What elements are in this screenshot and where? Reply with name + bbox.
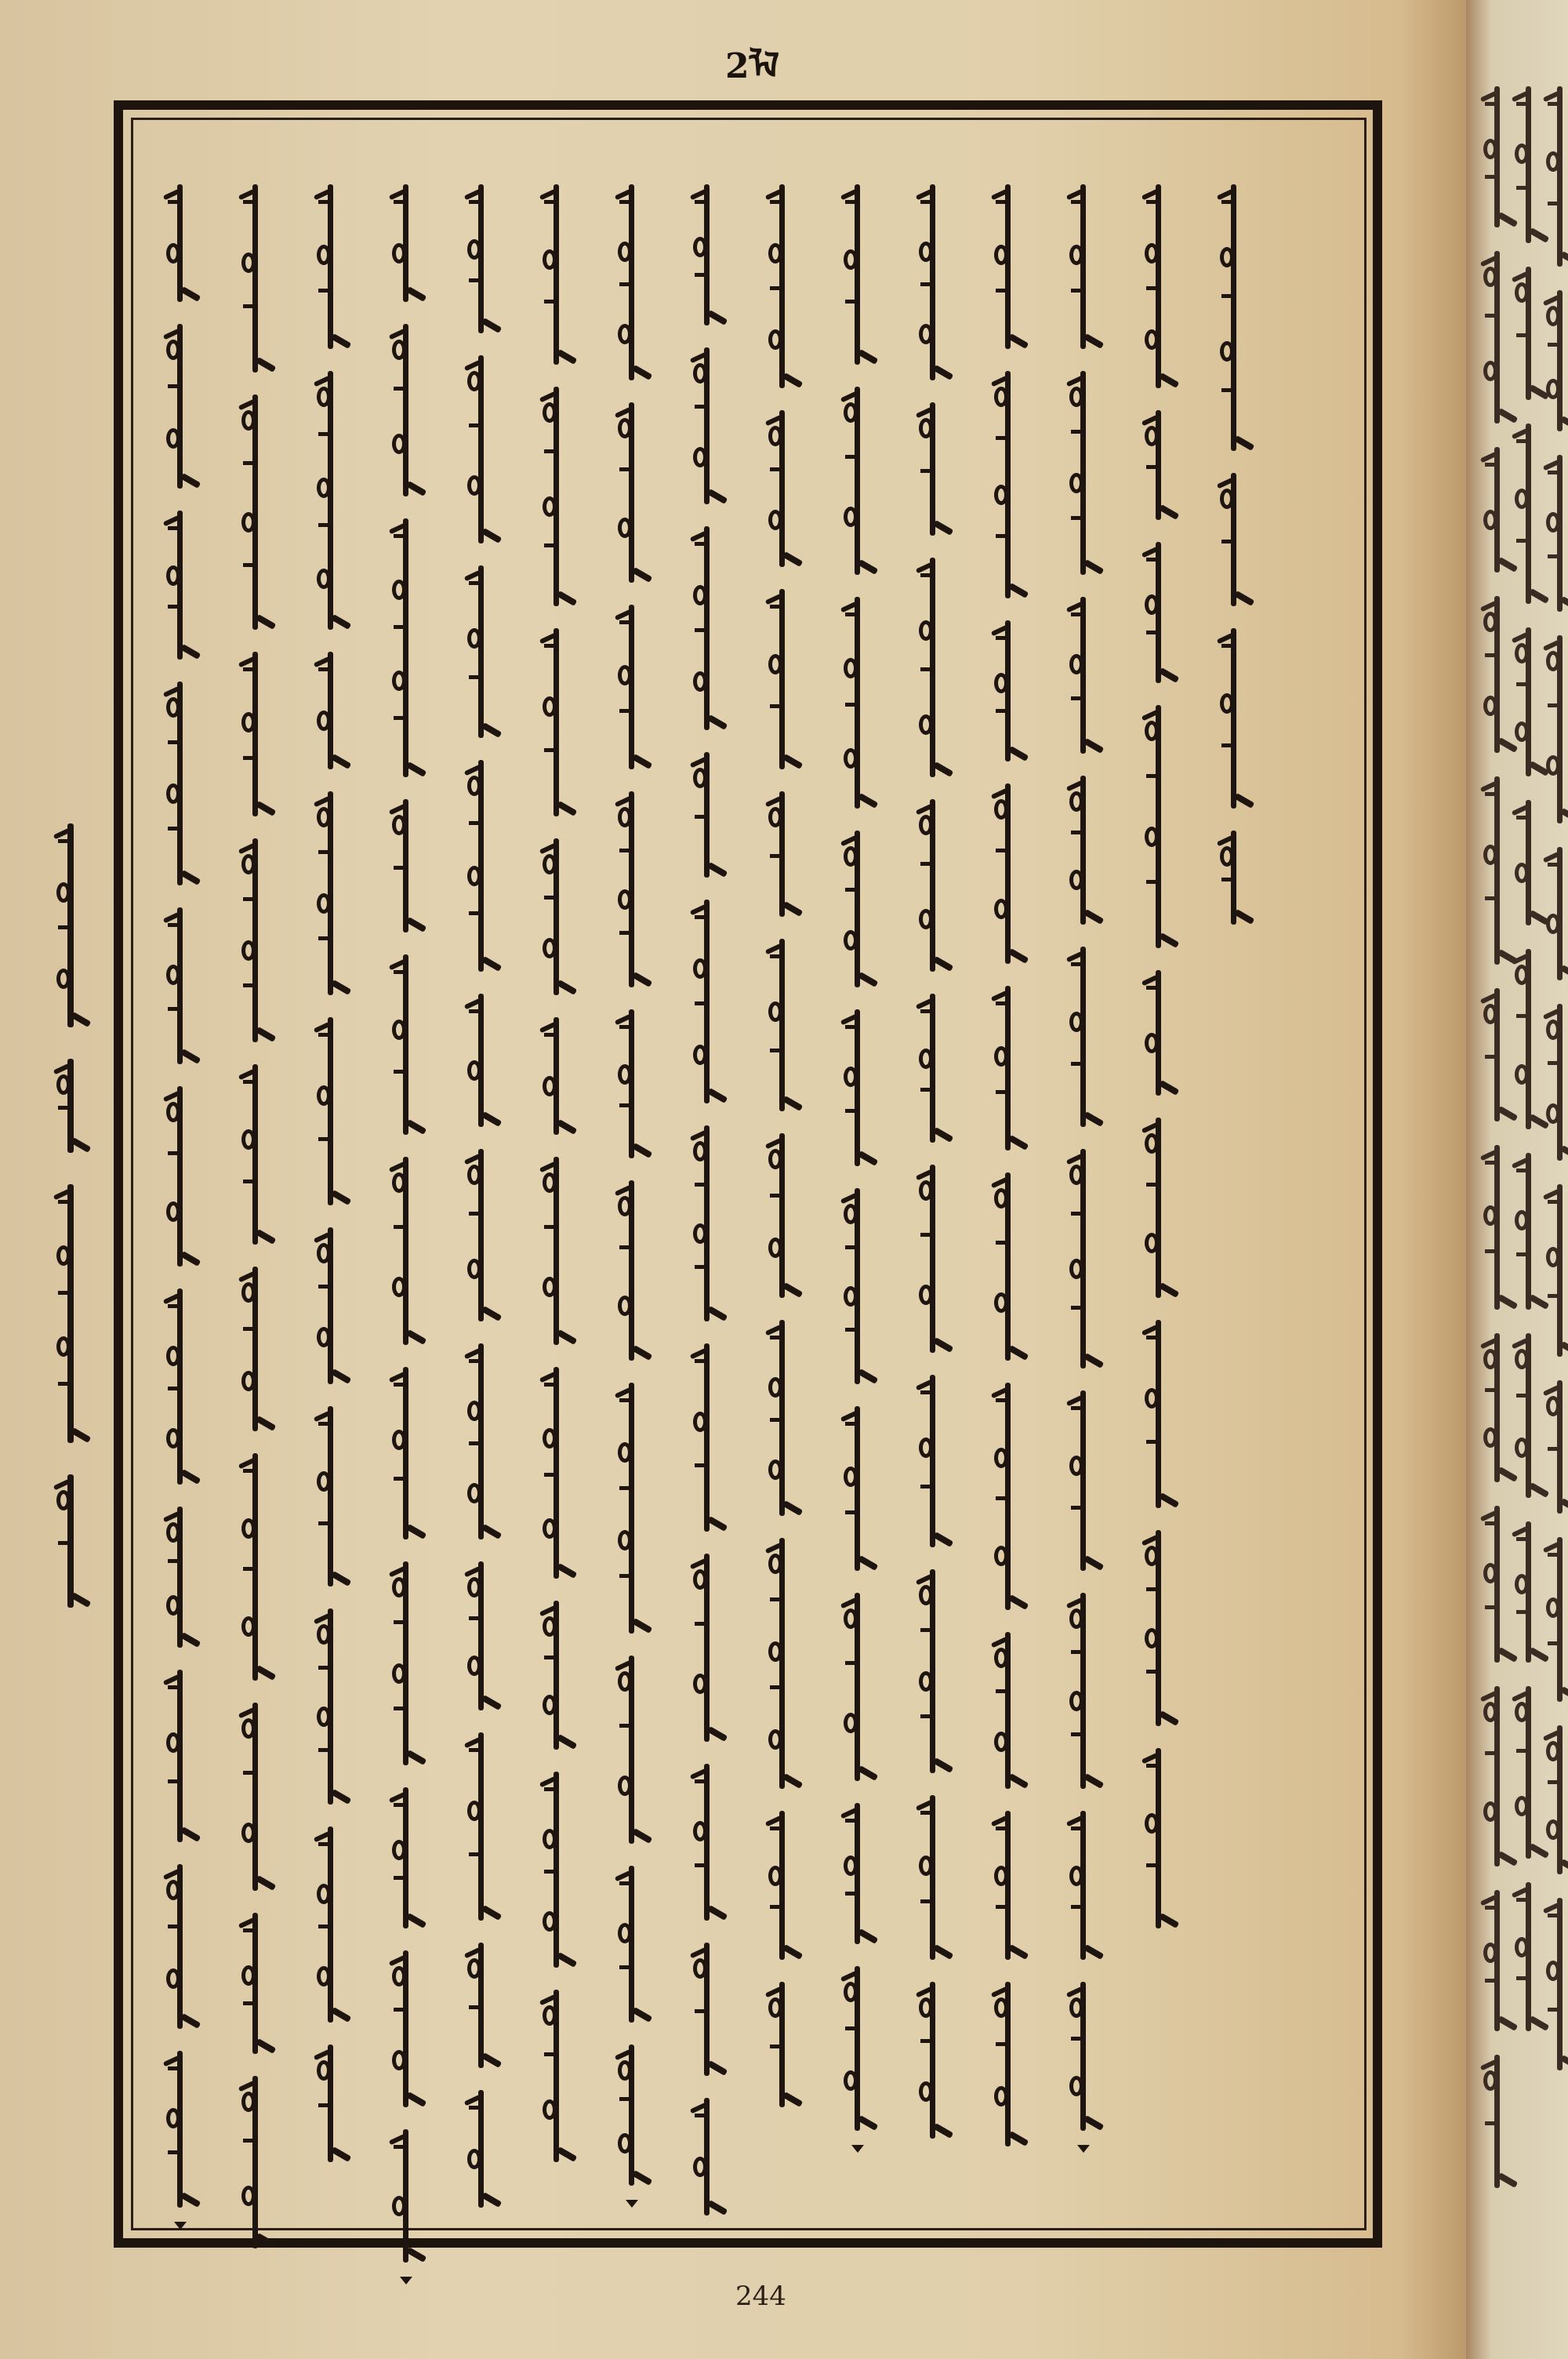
letter-loop-glyph [693, 447, 707, 467]
letter-loop-glyph [1546, 914, 1560, 934]
mongolian-word [1526, 949, 1531, 1129]
mongolian-word [1005, 184, 1011, 349]
letter-loop-glyph [693, 237, 707, 257]
mongolian-word [930, 1375, 935, 1547]
letter-loop-glyph [317, 245, 331, 265]
letter-tooth-glyph [394, 970, 405, 974]
mongolian-word [478, 565, 484, 738]
mongolian-word [1005, 371, 1011, 598]
letter-loop-glyph [768, 1001, 782, 1022]
letter-tooth-glyph [1146, 1863, 1157, 1867]
letter-loop-glyph [166, 1880, 180, 1900]
mongolian-word [328, 652, 333, 769]
letter-tooth-glyph [469, 2005, 480, 2009]
letter-tooth-glyph [469, 1852, 480, 1856]
letter-loop-glyph [693, 1223, 707, 1244]
letter-loop-glyph [1069, 1165, 1083, 1185]
letter-loop-glyph [392, 1020, 406, 1040]
mongolian-word [1156, 970, 1161, 1096]
letter-loop-glyph [1069, 2076, 1083, 2096]
letter-tooth-glyph [318, 523, 329, 527]
mongolian-word [403, 184, 408, 302]
letter-loop-glyph [1546, 1741, 1560, 1761]
letter-tooth-glyph [996, 1241, 1007, 1245]
letter-loop-glyph [1483, 1943, 1497, 1963]
mongolian-word [779, 589, 785, 769]
letter-tooth-glyph [770, 704, 781, 708]
letter-tooth-glyph [619, 849, 630, 852]
letter-tooth-glyph [619, 1486, 630, 1490]
letter-tooth-glyph [845, 1245, 856, 1249]
letter-loop-glyph [1069, 791, 1083, 812]
letter-tooth-glyph [168, 1304, 179, 1308]
letter-tooth-glyph [168, 740, 179, 744]
letter-tooth-glyph [243, 1771, 254, 1775]
letter-loop-glyph [166, 1522, 180, 1543]
letter-loop-glyph [392, 2196, 406, 2216]
letter-loop-glyph [844, 507, 858, 527]
letter-tooth-glyph [168, 923, 179, 927]
letter-loop-glyph [317, 387, 331, 407]
letter-loop-glyph [1145, 1546, 1159, 1566]
letter-tooth-glyph [1071, 962, 1082, 966]
mongolian-word [403, 1561, 408, 1765]
letter-loop-glyph [317, 807, 331, 827]
letter-loop-glyph [994, 2086, 1008, 2106]
letter-tooth-glyph [619, 1881, 630, 1885]
mongolian-word [1080, 371, 1086, 575]
letter-tooth-glyph [1516, 1610, 1527, 1614]
mongolian-word [403, 518, 408, 777]
letter-loop-glyph [844, 1067, 858, 1087]
letter-tooth-glyph [544, 449, 555, 453]
letter-tooth-glyph [845, 2026, 856, 2030]
letter-loop-glyph [1069, 473, 1083, 493]
letter-tooth-glyph [1146, 1183, 1157, 1187]
letter-tooth-glyph [996, 1496, 1007, 1500]
letter-loop-glyph [543, 496, 557, 517]
letter-loop-glyph [543, 1616, 557, 1637]
letter-tooth-glyph [1548, 1294, 1559, 1298]
letter-tooth-glyph [394, 1620, 405, 1624]
letter-loop-glyph [994, 1648, 1008, 1668]
letter-tooth-glyph [996, 636, 1007, 640]
letter-tooth-glyph [920, 1390, 931, 1394]
letter-loop-glyph [768, 807, 782, 827]
mongolian-word [328, 1227, 333, 1384]
letter-tooth-glyph [996, 534, 1007, 538]
letter-tooth-glyph [619, 931, 630, 935]
letter-loop-glyph [994, 1866, 1008, 1886]
letter-tooth-glyph [1485, 2121, 1496, 2125]
letter-loop-glyph [241, 1616, 256, 1637]
mongolian-word [1005, 986, 1011, 1150]
mongolian-word [855, 1803, 860, 1944]
letter-tooth-glyph [845, 1109, 856, 1113]
mongolian-word [779, 1811, 785, 1960]
mongolian-word [704, 752, 710, 878]
letter-tooth-glyph [1146, 631, 1157, 634]
letter-tooth-glyph [619, 200, 630, 204]
letter-tooth-glyph [1516, 439, 1527, 443]
letter-loop-glyph [543, 854, 557, 874]
letter-loop-glyph [56, 1490, 71, 1510]
letter-tooth-glyph [243, 461, 254, 465]
letter-loop-glyph [467, 776, 481, 796]
letter-loop-glyph [618, 1776, 632, 1796]
mongolian-word [1557, 1380, 1563, 1514]
mongolian-word [67, 1059, 74, 1153]
letter-loop-glyph [1145, 1388, 1159, 1408]
letter-loop-glyph [768, 1149, 782, 1169]
mongolian-word [1231, 473, 1236, 606]
letter-loop-glyph [166, 1102, 180, 1122]
mongolian-word [779, 791, 785, 917]
letter-loop-glyph [844, 846, 858, 867]
letter-tooth-glyph [845, 1510, 856, 1514]
letter-tooth-glyph [695, 1001, 706, 1005]
letter-loop-glyph [919, 242, 933, 262]
mongolian-word [779, 939, 785, 1111]
letter-loop-glyph [392, 434, 406, 454]
letter-loop-glyph [618, 1196, 632, 1216]
mongolian-word [1494, 1890, 1500, 2031]
letter-tooth-glyph [1516, 102, 1527, 106]
letter-loop-glyph [693, 1412, 707, 1432]
letter-tooth-glyph [58, 1200, 69, 1204]
letter-loop-glyph [618, 324, 632, 344]
letter-tooth-glyph [695, 1359, 706, 1363]
letter-loop-glyph [543, 1076, 557, 1096]
letter-tooth-glyph [1516, 1898, 1527, 1902]
mongolian-word [779, 1982, 785, 2107]
mongolian-word [478, 1149, 484, 1321]
letter-loop-glyph [618, 242, 632, 262]
letter-tooth-glyph [1146, 1440, 1157, 1444]
letter-tooth-glyph [1516, 1252, 1527, 1256]
letter-loop-glyph [317, 1966, 331, 1986]
mongolian-word [478, 1561, 484, 1710]
letter-tooth-glyph [695, 2114, 706, 2117]
letter-loop-glyph [1069, 387, 1083, 407]
letter-loop-glyph [392, 1577, 406, 1598]
letter-tooth-glyph [58, 925, 69, 929]
letter-loop-glyph [543, 402, 557, 423]
letter-loop-glyph [1483, 510, 1497, 530]
letter-tooth-glyph [469, 1359, 480, 1363]
letter-tooth-glyph [1146, 286, 1157, 290]
mongolian-word [478, 1943, 484, 2068]
letter-loop-glyph [768, 1377, 782, 1398]
letter-tooth-glyph [469, 821, 480, 825]
letter-tooth-glyph [243, 1327, 254, 1331]
letter-tooth-glyph [1146, 986, 1157, 990]
letter-tooth-glyph [1516, 1749, 1527, 1753]
letter-loop-glyph [1145, 329, 1159, 350]
letter-loop-glyph [693, 585, 707, 605]
mongolian-word [328, 1406, 333, 1587]
letter-loop-glyph [1515, 1574, 1529, 1594]
letter-tooth-glyph [845, 888, 856, 892]
mongolian-word [252, 652, 258, 816]
letter-loop-glyph [467, 239, 481, 260]
letter-loop-glyph [844, 1856, 858, 1876]
letter-tooth-glyph [168, 827, 179, 831]
letter-loop-glyph [994, 387, 1008, 407]
mongolian-word [1494, 596, 1500, 753]
letter-tooth-glyph [770, 200, 781, 204]
letter-loop-glyph [994, 485, 1008, 505]
letter-loop-glyph [317, 1624, 331, 1645]
letter-tooth-glyph [469, 278, 480, 282]
letter-tooth-glyph [58, 1382, 69, 1386]
letter-loop-glyph [1069, 1691, 1083, 1711]
letter-loop-glyph [994, 1188, 1008, 1209]
mongolian-word [478, 2090, 484, 2208]
letter-tooth-glyph [1548, 102, 1559, 106]
mongolian-word [704, 1764, 710, 1921]
mongolian-word [1494, 1333, 1500, 1482]
letter-tooth-glyph [243, 1928, 254, 1932]
letter-loop-glyph [1145, 1033, 1159, 1053]
letter-tooth-glyph [1485, 1388, 1496, 1392]
letter-tooth-glyph [1071, 1406, 1082, 1410]
letter-tooth-glyph [845, 1328, 856, 1332]
letter-tooth-glyph [243, 2001, 254, 2005]
letter-tooth-glyph [1485, 175, 1496, 179]
mongolian-word [1526, 1153, 1531, 1310]
letter-loop-glyph [919, 2081, 933, 2102]
mongolian-word [1526, 1521, 1531, 1663]
letter-tooth-glyph [1516, 186, 1527, 190]
letter-loop-glyph [919, 1438, 933, 1458]
letter-loop-glyph [1515, 1210, 1529, 1230]
letter-loop-glyph [919, 1856, 933, 1876]
mongolian-word [1494, 86, 1500, 227]
letter-loop-glyph [1483, 1801, 1497, 1822]
book-page: 2ᠯᠯ 244 [0, 0, 1474, 2359]
letter-tooth-glyph [920, 667, 931, 671]
mongolian-word [1526, 86, 1531, 243]
letter-loop-glyph [392, 1840, 406, 1860]
mongolian-word [1557, 86, 1563, 267]
letter-loop-glyph [317, 1243, 331, 1263]
letter-tooth-glyph [695, 628, 706, 632]
letter-tooth-glyph [318, 850, 329, 854]
mongolian-word [1557, 1184, 1563, 1357]
letter-loop-glyph [768, 243, 782, 264]
letter-loop-glyph [317, 1327, 331, 1347]
letter-loop-glyph [317, 1707, 331, 1727]
mongolian-word [403, 1157, 408, 1345]
letter-tooth-glyph [544, 1473, 555, 1477]
letter-tooth-glyph [1071, 1506, 1082, 1510]
letter-loop-glyph [166, 1428, 180, 1448]
letter-loop-glyph [768, 1641, 782, 1662]
mongolian-word [855, 184, 860, 365]
letter-loop-glyph [543, 1518, 557, 1539]
mongolian-word [403, 2129, 408, 2263]
letter-tooth-glyph [1071, 612, 1082, 616]
letter-tooth-glyph [770, 1194, 781, 1198]
punctuation-mark [626, 2200, 638, 2208]
letter-tooth-glyph [619, 1103, 630, 1107]
letter-loop-glyph [1546, 1103, 1560, 1124]
letter-loop-glyph [1483, 612, 1497, 632]
letter-loop-glyph [618, 807, 632, 827]
mongolian-word [704, 1554, 710, 1742]
letter-tooth-glyph [544, 896, 555, 900]
mongolian-word [252, 394, 258, 630]
mongolian-word [328, 1826, 333, 2023]
letter-tooth-glyph [619, 1965, 630, 1969]
mongolian-word [629, 402, 634, 583]
letter-tooth-glyph [1548, 554, 1559, 558]
letter-tooth-glyph [770, 854, 781, 858]
mongolian-word [704, 1343, 710, 1532]
letter-tooth-glyph [168, 2150, 179, 2154]
mongolian-word [1080, 1149, 1086, 1369]
letter-tooth-glyph [695, 1622, 706, 1626]
letter-tooth-glyph [469, 1009, 480, 1013]
mongolian-word [177, 2051, 183, 2208]
letter-tooth-glyph [1146, 1587, 1157, 1591]
letter-tooth-glyph [243, 304, 254, 308]
letter-loop-glyph [994, 1292, 1008, 1313]
mongolian-word [1557, 1537, 1563, 1702]
letter-tooth-glyph [394, 534, 405, 538]
letter-loop-glyph [1515, 1937, 1529, 1957]
mongolian-word [554, 387, 559, 606]
mongolian-word [1005, 1383, 1011, 1610]
letter-tooth-glyph [1146, 1670, 1157, 1674]
letter-tooth-glyph [1516, 539, 1527, 543]
letter-loop-glyph [1483, 361, 1497, 381]
mongolian-word [855, 1966, 860, 2131]
letter-loop-glyph [693, 1141, 707, 1161]
mongolian-word [554, 838, 559, 995]
letter-tooth-glyph [469, 911, 480, 915]
letter-tooth-glyph [619, 620, 630, 624]
mongolian-word [1557, 1725, 1563, 1874]
letter-tooth-glyph [1071, 430, 1082, 434]
letter-tooth-glyph [770, 954, 781, 958]
letter-loop-glyph [543, 1829, 557, 1849]
letter-tooth-glyph [1548, 1780, 1559, 1784]
letter-tooth-glyph [1071, 1826, 1082, 1830]
letter-tooth-glyph [1485, 102, 1496, 106]
mongolian-word [704, 184, 710, 325]
letter-tooth-glyph [318, 1842, 329, 1846]
letter-tooth-glyph [920, 2039, 931, 2043]
letter-tooth-glyph [695, 2009, 706, 2013]
letter-loop-glyph [1069, 1456, 1083, 1476]
letter-tooth-glyph [469, 1616, 480, 1620]
letter-loop-glyph [919, 909, 933, 929]
letter-loop-glyph [1145, 721, 1159, 741]
mongolian-word [252, 838, 258, 1042]
letter-loop-glyph [1069, 870, 1083, 890]
letter-loop-glyph [166, 2108, 180, 2128]
mongolian-word [930, 799, 935, 972]
letter-tooth-glyph [1485, 653, 1496, 657]
letter-tooth-glyph [318, 1521, 329, 1525]
letter-tooth-glyph [1516, 1976, 1527, 1980]
mongolian-word [1156, 1118, 1161, 1298]
letter-tooth-glyph [58, 839, 69, 843]
letter-loop-glyph [844, 1982, 858, 2002]
letter-loop-glyph [166, 428, 180, 449]
letter-loop-glyph [241, 512, 256, 533]
mongolian-word [403, 1950, 408, 2107]
letter-tooth-glyph [1485, 1161, 1496, 1165]
letter-tooth-glyph [168, 1151, 179, 1155]
letter-tooth-glyph [770, 2045, 781, 2048]
letter-loop-glyph [919, 815, 933, 835]
letter-tooth-glyph [920, 282, 931, 286]
letter-loop-glyph [1515, 489, 1529, 509]
letter-tooth-glyph [469, 423, 480, 427]
letter-tooth-glyph [770, 1826, 781, 1830]
letter-loop-glyph [56, 882, 71, 903]
letter-loop-glyph [618, 1923, 632, 1943]
letter-loop-glyph [166, 243, 180, 264]
letter-loop-glyph [1515, 282, 1529, 303]
letter-loop-glyph [1483, 1702, 1497, 1722]
mongolian-word [855, 1406, 860, 1571]
letter-loop-glyph [1069, 1866, 1083, 1886]
letter-loop-glyph [166, 1968, 180, 1989]
letter-loop-glyph [1220, 341, 1234, 362]
mongolian-word [629, 2045, 634, 2186]
letter-tooth-glyph [619, 467, 630, 471]
letter-tooth-glyph [619, 1245, 630, 1249]
letter-tooth-glyph [920, 1009, 931, 1013]
letter-loop-glyph [1145, 1628, 1159, 1648]
mongolian-word [1005, 1632, 1011, 1789]
letter-loop-glyph [467, 1165, 481, 1185]
letter-tooth-glyph [619, 1398, 630, 1402]
letter-loop-glyph [1483, 2070, 1497, 2091]
letter-loop-glyph [768, 510, 782, 530]
mongolian-word [67, 1184, 74, 1443]
letter-tooth-glyph [318, 2103, 329, 2107]
letter-loop-glyph [166, 1732, 180, 1753]
mongolian-word [252, 1267, 258, 1431]
letter-loop-glyph [618, 665, 632, 685]
letter-loop-glyph [392, 1172, 406, 1193]
letter-loop-glyph [241, 1718, 256, 1739]
facing-page-edge [1466, 0, 1568, 2359]
mongolian-word [779, 410, 785, 567]
mongolian-word [1526, 1333, 1531, 1498]
letter-tooth-glyph [770, 286, 781, 290]
letter-loop-glyph [919, 1585, 933, 1605]
letter-tooth-glyph [619, 709, 630, 713]
letter-loop-glyph [693, 363, 707, 383]
mongolian-word [478, 184, 484, 333]
letter-tooth-glyph [394, 2008, 405, 2012]
mongolian-word [704, 900, 710, 1103]
letter-loop-glyph [919, 714, 933, 735]
mongolian-word [1080, 597, 1086, 754]
letter-loop-glyph [844, 1204, 858, 1224]
letter-tooth-glyph [996, 200, 1007, 204]
mongolian-word [930, 1982, 935, 2139]
mongolian-word [1557, 1898, 1563, 2070]
letter-loop-glyph [618, 889, 632, 910]
letter-loop-glyph [1220, 247, 1234, 267]
